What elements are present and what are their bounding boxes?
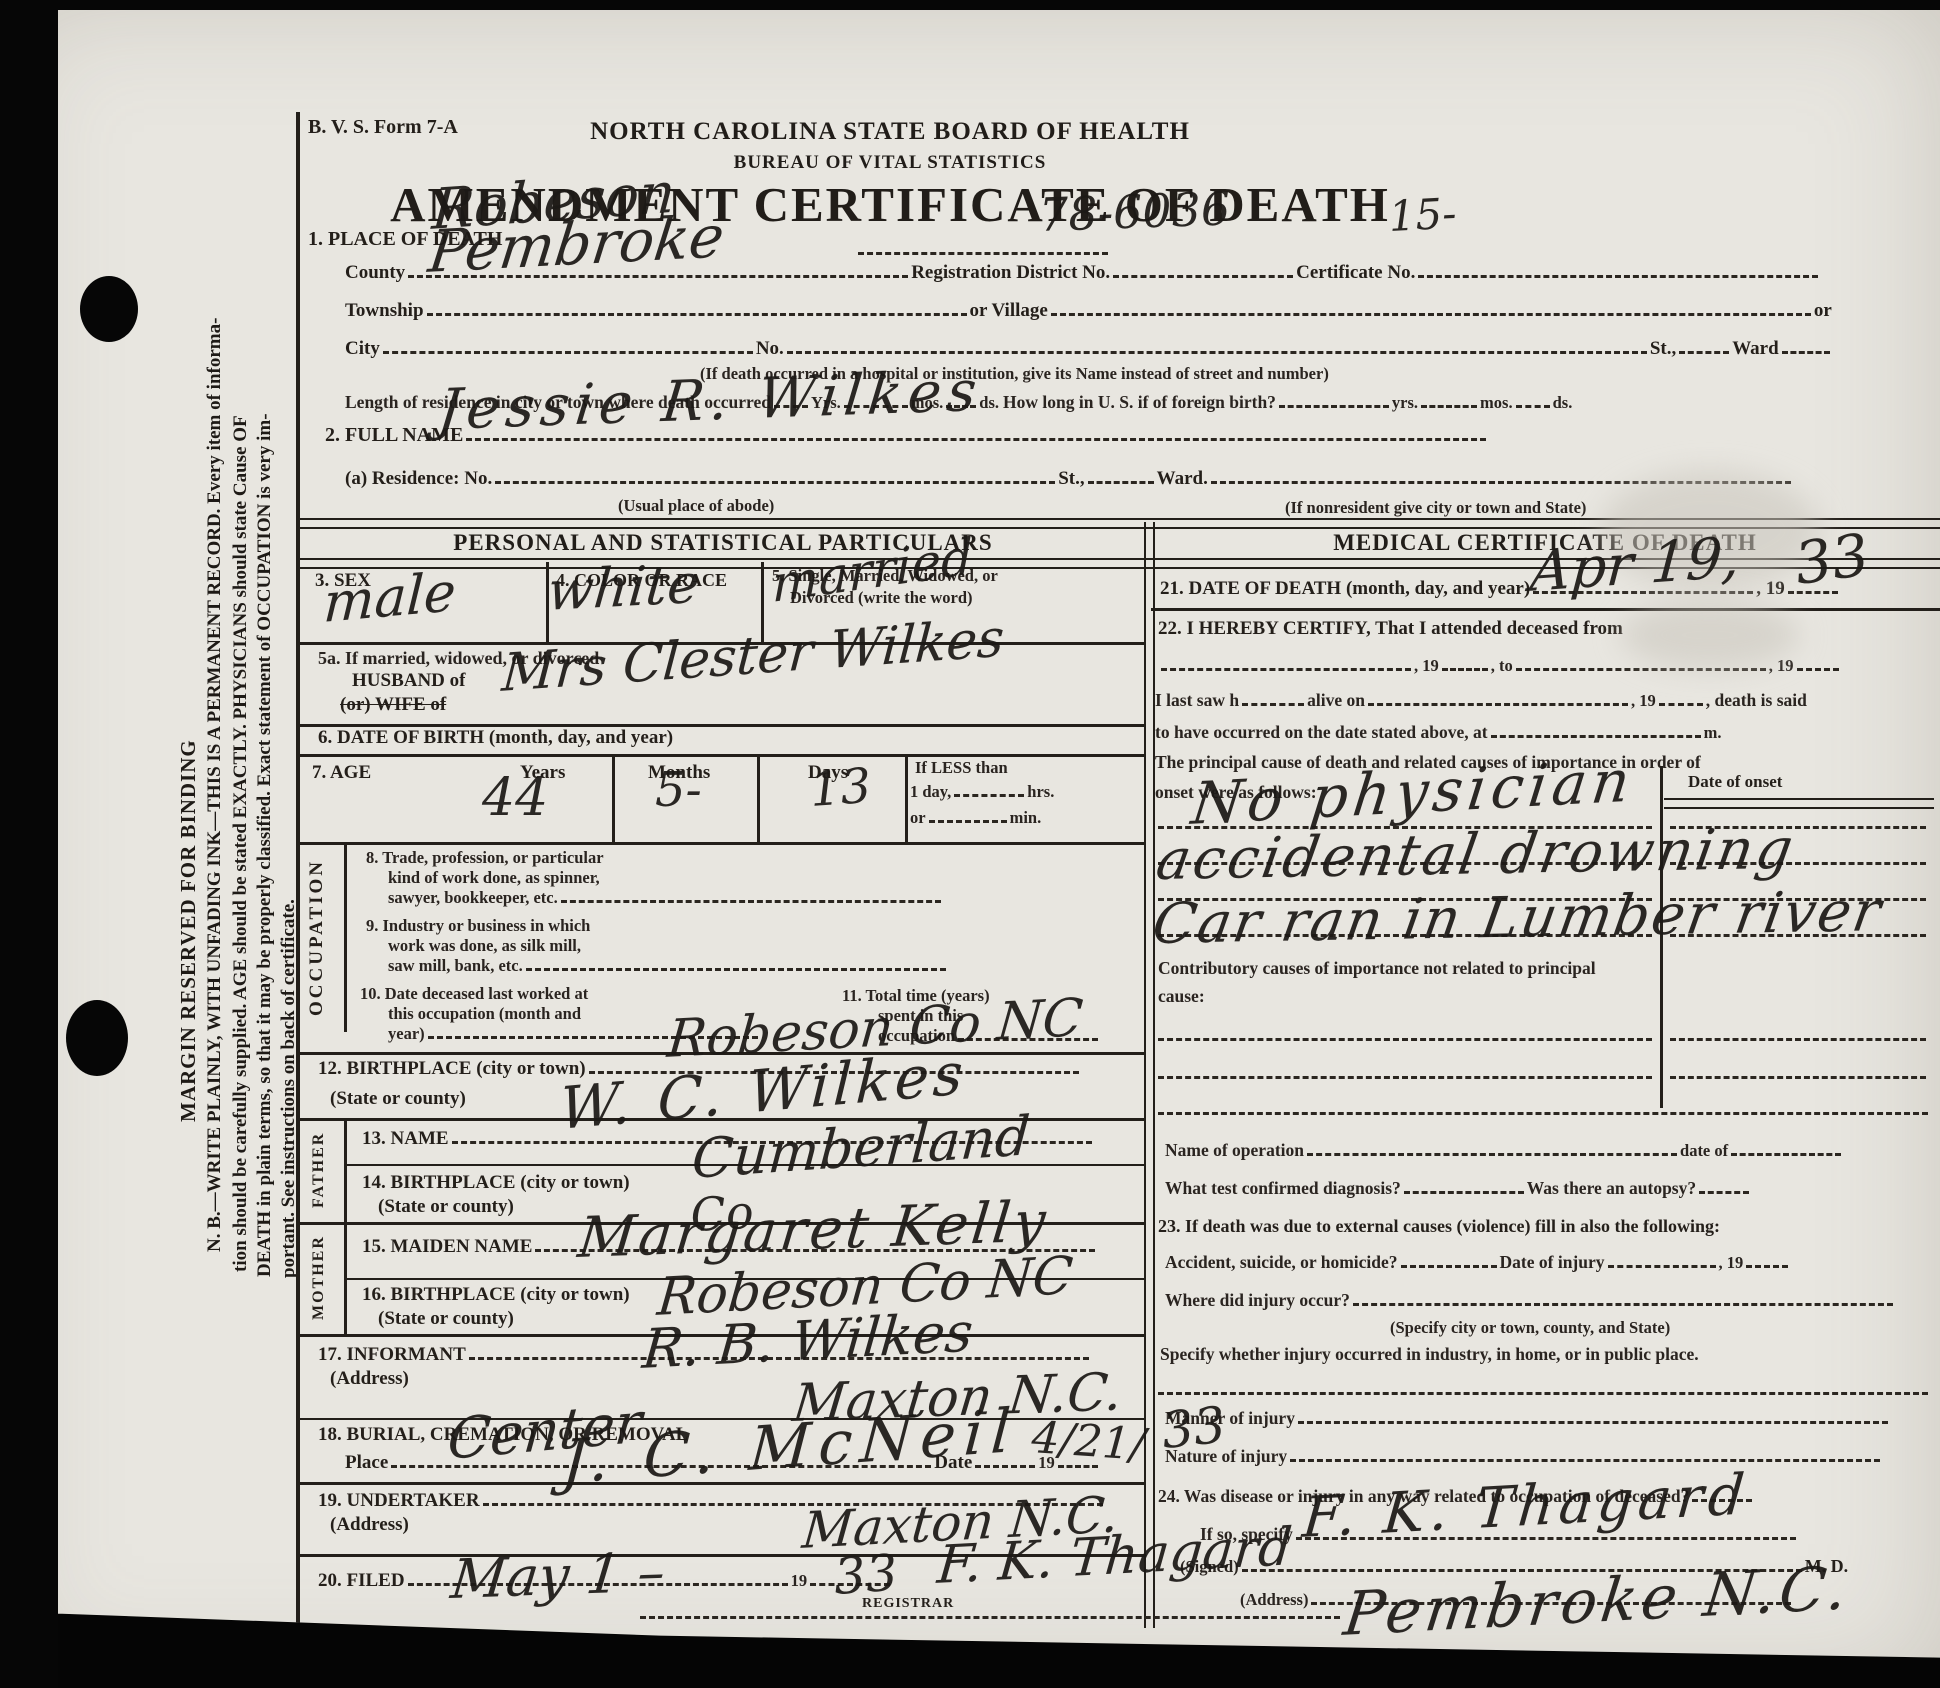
q9-label-2: work was done, as silk mill,	[388, 936, 581, 956]
dotted-blank	[1242, 699, 1304, 706]
hw-burial-date: 4/21/	[1030, 1412, 1147, 1471]
cell-line	[905, 754, 908, 842]
or-label: or	[910, 808, 926, 827]
q17-sub-label: (Address)	[330, 1368, 409, 1390]
hw-filed-date: May 1 –	[448, 1540, 668, 1611]
injury-date-label: Date of injury	[1500, 1252, 1605, 1272]
hw-certificate-number: 15-	[1387, 189, 1457, 241]
st-label: St.,	[1650, 338, 1676, 359]
dotted-blank	[1051, 309, 1811, 316]
q9-label-1: 9. Industry or business in which	[366, 916, 590, 936]
certificate-label: Certificate No.	[1296, 262, 1415, 283]
age-label: 7. AGE	[312, 762, 371, 784]
cell-line	[344, 842, 347, 1032]
dotted-blank	[561, 896, 941, 903]
registrar-signature-line	[640, 1612, 1340, 1619]
q19-sub-label: (Address)	[330, 1514, 409, 1536]
blank-line	[1158, 1108, 1928, 1115]
margin-note-line1: N. B.—WRITE PLAINLY, WITH UNFADING INK—T…	[204, 92, 226, 1252]
village-label: or Village	[970, 300, 1048, 321]
residence-st-label: St.,	[1058, 468, 1084, 489]
residence-ward-label: Ward.	[1157, 468, 1208, 489]
margin-binding-note: MARGIN RESERVED FOR BINDING	[176, 552, 201, 1122]
hw-spouse: Mrs Clester Wilkes	[500, 608, 1006, 704]
dotted-blank	[1418, 271, 1818, 278]
street-no-label: No.	[756, 338, 784, 359]
q8-label-2: kind of work done, as spinner,	[388, 868, 600, 888]
blank-line	[1670, 1072, 1926, 1079]
hw-race: white	[545, 552, 702, 623]
q9-label-3: saw mill, bank, etc.	[388, 956, 523, 975]
yrs2-label: yrs.	[1392, 393, 1418, 412]
dotted-blank	[1679, 347, 1729, 354]
burial-place-label: Place	[345, 1452, 388, 1473]
dotted-blank	[1421, 401, 1477, 408]
board-name: NORTH CAROLINA STATE BOARD OF HEALTH	[300, 118, 1480, 146]
dotted-blank	[1298, 1417, 1888, 1424]
occupation-side-label: OCCUPATION	[306, 846, 328, 1028]
printed-comma-19: , 19	[1414, 656, 1439, 675]
hrs-label: hrs.	[1027, 782, 1054, 801]
dotted-blank	[1491, 731, 1701, 738]
cell-line	[757, 754, 760, 842]
dotted-blank	[1401, 1261, 1497, 1268]
death-said-label: , death is said	[1706, 690, 1807, 710]
scan-edge-left	[0, 0, 58, 1688]
blank-line	[1158, 1072, 1652, 1079]
q12-sub-label: (State or county)	[330, 1088, 466, 1110]
test-label: What test confirmed diagnosis?	[1165, 1178, 1401, 1198]
dotted-blank	[929, 816, 1007, 823]
father-side-label: FATHER	[310, 1120, 328, 1220]
wife-of-label: (or) WIFE of	[340, 694, 446, 716]
blank-line	[1670, 1034, 1926, 1041]
dotted-blank	[1659, 699, 1703, 706]
specify-city-note: (Specify city or town, county, and State…	[1390, 1318, 1670, 1338]
date-of-onset-label: Date of onset	[1688, 772, 1782, 792]
m-label: m.	[1704, 723, 1722, 742]
mother-side-label: MOTHER	[310, 1226, 328, 1330]
q20-label: 20. FILED	[318, 1570, 405, 1591]
dotted-blank	[526, 964, 946, 971]
hw-age-months: 5-	[655, 762, 702, 818]
residence-label: (a) Residence: No.	[345, 468, 492, 489]
bureau-name: BUREAU OF VITAL STATISTICS	[300, 152, 1480, 174]
mos2-label: mos.	[1480, 393, 1513, 412]
city-label: City	[345, 338, 380, 359]
punch-hole	[80, 276, 138, 342]
q10-label-3: year)	[388, 1024, 425, 1043]
contributory-label-2: cause:	[1158, 986, 1205, 1007]
nonresident-note: (If nonresident give city or town and St…	[1285, 498, 1586, 518]
q16-sub-label: (State or county)	[378, 1308, 514, 1330]
scanned-death-certificate: MARGIN RESERVED FOR BINDING N. B.—WRITE …	[0, 0, 1940, 1688]
hw-date-of-death-year: 33	[1791, 520, 1874, 598]
rule	[1151, 608, 1940, 611]
q19-label: 19. UNDERTAKER	[318, 1490, 480, 1511]
form-left-border	[296, 112, 300, 1640]
certificate-paper: MARGIN RESERVED FOR BINDING N. B.—WRITE …	[0, 0, 1940, 1688]
q16-label: 16. BIRTHPLACE (city or town)	[362, 1284, 630, 1306]
autopsy-label: Was there an autopsy?	[1527, 1178, 1696, 1198]
hw-cause-3: Car ran in Lumber river	[1148, 879, 1887, 957]
printed-19: 19	[791, 1571, 808, 1590]
dotted-blank	[787, 347, 1647, 354]
dob-label: 6. DATE OF BIRTH (month, day, and year)	[318, 727, 673, 749]
hw-district-number: 78-6036	[1038, 181, 1231, 242]
dotted-blank	[383, 347, 753, 354]
q13-label: 13. NAME	[362, 1128, 449, 1149]
date-of-label: date of	[1680, 1141, 1728, 1160]
county-label: County	[345, 262, 405, 283]
hw-age-years: 44	[482, 768, 548, 828]
ward-label: Ward	[1732, 338, 1778, 359]
if-less-label-2: 1 day,	[910, 782, 951, 801]
q12-label: 12. BIRTHPLACE (city or town)	[318, 1058, 586, 1079]
where-injury-label: Where did injury occur?	[1165, 1290, 1350, 1310]
dotted-blank	[1279, 401, 1389, 408]
hw-age-days: 13	[808, 758, 873, 818]
q23-label: 23. If death was due to external causes …	[1158, 1216, 1720, 1237]
last-saw-label: I last saw h	[1155, 690, 1239, 710]
q14-sub-label: (State or county)	[378, 1196, 514, 1218]
dotted-blank	[1307, 1149, 1677, 1156]
township-label: Township	[345, 300, 424, 321]
alive-on-label: alive on	[1307, 690, 1365, 710]
ds-label: ds.	[979, 393, 999, 412]
q8-label-3: sawyer, bookkeeper, etc.	[388, 888, 558, 907]
rule	[300, 842, 1146, 845]
q14-label: 14. BIRTHPLACE (city or town)	[362, 1172, 630, 1194]
personal-section-header: PERSONAL AND STATISTICAL PARTICULARS	[300, 530, 1146, 556]
blank-line	[1158, 1388, 1928, 1395]
husband-of-label: HUSBAND of	[352, 670, 465, 692]
contributory-label-1: Contributory causes of importance not re…	[1158, 958, 1596, 979]
cell-line	[612, 754, 615, 842]
dotted-blank	[1731, 1149, 1841, 1156]
ds2-label: ds.	[1553, 393, 1573, 412]
occurred-label: to have occurred on the date stated abov…	[1155, 722, 1488, 742]
dotted-blank	[1368, 699, 1628, 706]
q10-label-2: this occupation (month and	[388, 1004, 581, 1024]
foreign-birth-label: How long in U. S. if of foreign birth?	[1003, 392, 1276, 412]
dotted-blank	[1608, 1261, 1716, 1268]
q21-label: 21. DATE OF DEATH (month, day, and year)	[1160, 578, 1530, 599]
accident-label: Accident, suicide, or homicide?	[1165, 1252, 1398, 1272]
column-divider	[1144, 522, 1155, 1628]
scan-edge-top	[0, 0, 1940, 10]
rule	[300, 754, 1146, 757]
address-label: (Address)	[1240, 1590, 1308, 1609]
printed-to: , to	[1491, 656, 1513, 675]
dotted-blank	[1699, 1187, 1749, 1194]
q8-label-1: 8. Trade, profession, or particular	[366, 848, 604, 868]
dotted-blank	[1161, 664, 1411, 671]
dotted-blank	[427, 309, 967, 316]
margin-note-line2: tion should be carefully supplied. AGE s…	[230, 92, 252, 1272]
punch-hole	[66, 1000, 128, 1076]
blank-line	[858, 248, 1108, 255]
hw-sex: male	[322, 560, 457, 635]
if-less-label-1: If LESS than	[915, 758, 1008, 778]
or-label: or	[1814, 300, 1832, 321]
printed-comma-19: , 19	[1631, 691, 1656, 710]
dotted-blank	[1113, 271, 1293, 278]
dotted-blank	[1797, 664, 1839, 671]
dotted-blank	[1088, 477, 1154, 484]
dotted-blank	[954, 790, 1024, 797]
cell-line	[344, 1118, 347, 1222]
operation-label: Name of operation	[1165, 1140, 1304, 1160]
district-label: Registration District No.	[911, 262, 1110, 283]
specify-whether-note: Specify whether injury occurred in indus…	[1160, 1344, 1699, 1365]
q22-label: 22. I HEREBY CERTIFY, That I attended de…	[1158, 618, 1623, 640]
blank-line	[1158, 1034, 1652, 1041]
q10-label-1: 10. Date deceased last worked at	[360, 984, 588, 1004]
dotted-blank	[1746, 1261, 1788, 1268]
abode-note: (Usual place of abode)	[618, 496, 774, 516]
dotted-blank	[1353, 1299, 1893, 1306]
scan-smudge	[1620, 600, 1800, 670]
dotted-blank	[1782, 347, 1830, 354]
hw-burial-year: 33	[1159, 1396, 1228, 1460]
min-label: min.	[1010, 808, 1042, 827]
printed-comma-19: , 19	[1719, 1253, 1744, 1272]
q15-label: 15. MAIDEN NAME	[362, 1236, 532, 1257]
dotted-blank	[1290, 1455, 1880, 1462]
margin-note-line3: DEATH in plain terms, so that it may be …	[254, 92, 276, 1277]
hw-filed-year: 33	[832, 1544, 900, 1606]
dotted-blank	[495, 477, 1055, 484]
rule	[1664, 798, 1934, 809]
dotted-blank	[1516, 401, 1550, 408]
q17-label: 17. INFORMANT	[318, 1344, 466, 1365]
dotted-blank	[1442, 664, 1488, 671]
dotted-blank	[1404, 1187, 1524, 1194]
